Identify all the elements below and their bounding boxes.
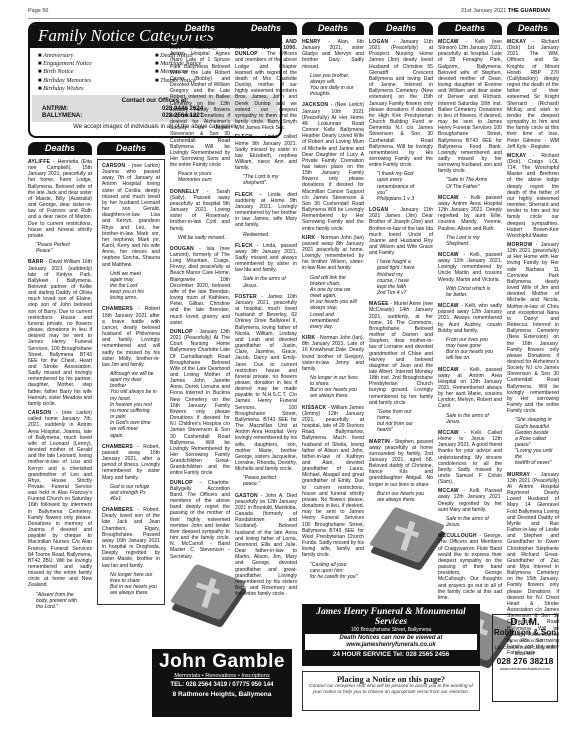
- death-notice: CHAMBERS - Robert 16th January 2021 afte…: [102, 306, 160, 368]
- notice-verse: Although we will be apart my dear brothe…: [102, 371, 160, 439]
- notice-text: - January 13th 2021 (Peacefully) At The …: [170, 329, 230, 477]
- notice-verse: "Absent from the body, present with the …: [28, 592, 92, 610]
- notice-verse: Redeemed.: [235, 232, 297, 238]
- notice-surname: MCKAY: [507, 153, 526, 159]
- notice-surname: FLECK: [235, 192, 253, 198]
- notice-surname: MCCAW: [438, 252, 459, 258]
- notice-text: - James 10th January 2021, peacefully at…: [235, 294, 297, 472]
- notice-text: - Robert. Dearly loved son of the late J…: [102, 507, 160, 568]
- notice-verse: Love you brother, always will. You are d…: [302, 73, 364, 98]
- notice-text: - January 10th 2021 (Peacefully) At Antr…: [170, 39, 230, 168]
- death-notice: MCKAY - Richard (Dick). Craigs LOL 714. …: [507, 153, 559, 239]
- notice-surname: MORROW: [507, 242, 533, 248]
- website-note: Death Notices can now be viewed at www.j…: [305, 634, 477, 650]
- death-notice: DOUGAN - Isla (nee Lamont), formerly of …: [170, 246, 230, 326]
- notice-surname: MCCULLOUGH: [438, 533, 477, 539]
- notice-text: - David William 16th January 2021 (sudde…: [28, 259, 92, 407]
- category-item: Anniversary: [38, 52, 155, 60]
- notice-text: - Kelli (nee Stinson) 12th January 2021,…: [438, 39, 502, 174]
- death-notice: MARTIN - Stephen, passed away peacefully…: [369, 439, 433, 488]
- deaths-heading: Deaths: [235, 22, 297, 35]
- notice-surname: KIRK: [302, 235, 315, 241]
- notice-verse: The Lord is my Shepherd.: [438, 235, 502, 247]
- death-notice: KISSACK - William James (Jimmy) 12th Jan…: [302, 405, 364, 559]
- death-notice: DUNLOP - Charlotte. Ballygelly Accordion…: [170, 480, 230, 560]
- notice-column: DeathsBALLYGELLY LOL AND RAPC NO. 1090. …: [235, 22, 297, 600]
- notice-surname: JACKSON: [302, 102, 328, 108]
- death-notice: KIRK - Norman John (Ian) passed away 8th…: [302, 235, 364, 272]
- notice-verse: Safe in the arms of Jesus.: [438, 516, 502, 528]
- notice-verse: Safe in the arms of Jesus.: [235, 276, 297, 288]
- death-notice: MCCAW - Kelli, passed away at Antrim Are…: [438, 367, 502, 410]
- notice-surname: CARSON: [102, 163, 125, 169]
- notice-verse: "Safe In The Arms Of The Father": [438, 177, 502, 189]
- page-header: Page 56 21st January 2021 THE GUARDIAN: [28, 8, 550, 18]
- notice-text: - (Nee Leitch) January 10th 2021 (Peacef…: [302, 102, 364, 231]
- death-notice: LOGAN - January 11th 2021 (Peacefully) a…: [369, 39, 433, 168]
- notice-verse: With Christ which is far better.: [438, 286, 502, 298]
- death-notice: KIRK - Norman John (Ian). 8th January 20…: [302, 335, 364, 372]
- notice-surname: LOGAN: [369, 39, 388, 45]
- notice-text: - William James (Jimmy) 12th January 202…: [302, 405, 364, 559]
- category-item: Birthday Memories: [38, 77, 155, 85]
- notice-column: DeathsAYLIFFE - Henrietta (Etta nee Camp…: [28, 142, 92, 615]
- death-notice: GASTON - John A. Died peacefully on 12th…: [235, 493, 297, 598]
- notice-verse: "She sleeping in God's beautiful Garden …: [507, 417, 559, 466]
- death-notice: DUNLOP - January 13th 2021 (Peacefully) …: [170, 329, 230, 477]
- notice-surname: FLECK: [235, 134, 253, 140]
- death-notice: JACKSON - (Nee Leitch) January 10th 2021…: [302, 102, 364, 231]
- death-notice: CARSON - (nee Larkin) Joanna who passed …: [102, 163, 160, 268]
- deaths-heading: Deaths: [97, 142, 165, 155]
- notice-text: - Kelli passed away Antrim Area Hospital…: [438, 195, 502, 232]
- death-notice: CHAMBERS - Robert. Dearly loved son of t…: [102, 507, 160, 569]
- notice-verse: "The Lord is my shepherd".: [235, 174, 297, 186]
- notice-text: - Henrietta (Etta nee Campbell), 15th Ja…: [28, 159, 92, 239]
- death-notice: CHAMBERS - Robert, passed away 16th Janu…: [102, 444, 160, 481]
- deaths-heading: Deaths: [369, 22, 433, 35]
- notice-surname: MCCAW: [438, 195, 459, 201]
- boxed-notices: CARSON - (nee Larkin) Joanna who passed …: [97, 159, 165, 605]
- category-item: Birth Notice: [38, 68, 155, 76]
- notice-surname: KIRK: [302, 335, 315, 341]
- notice-text: - Linda died suddenly at Home 9th Januar…: [235, 192, 297, 229]
- notice-surname: BARR: [28, 259, 44, 265]
- death-notice: FLECK - Linda, called Home 9th January 2…: [235, 134, 297, 171]
- notice-surname: DUNLOP: [170, 480, 193, 486]
- djm-robinson-ad: D.J.M. Robinson & Son Funeral Directors …: [492, 614, 558, 702]
- notice-surname: MURRAY: [507, 472, 530, 478]
- death-notice: MCCAW - Kelli, passed away 12th January …: [438, 252, 502, 283]
- notice-text: - Norman John (Ian) passed away 8th Janu…: [302, 235, 364, 272]
- notice-surname: AYLIFFE: [28, 159, 50, 165]
- death-notice: CARSON - (née Larkin) called home Januar…: [28, 410, 92, 589]
- deaths-heading: Deaths: [28, 142, 92, 155]
- notice-surname: CULLY: [170, 39, 188, 45]
- notice-text: - Richard (Dick). Craigs LOL 714. The Wo…: [507, 153, 559, 239]
- notice-surname: HENRY: [302, 39, 321, 45]
- notice-column: DeathsHENRY - Alan, 6th January 2021, si…: [302, 22, 364, 585]
- notice-text: - Linda, called Home 9th January 2021. S…: [235, 134, 297, 171]
- notice-verse: No longer in our lives to share. But in …: [302, 375, 364, 400]
- notice-column: DeathsCARSON - (nee Larkin) Joanna who p…: [97, 142, 165, 609]
- deaths-heading: Deaths: [507, 22, 559, 35]
- publication-name: THE GUARDIAN: [508, 8, 550, 14]
- notice-text: - January 11th 2021 (Peacefully) at Pros…: [369, 39, 433, 168]
- notice-surname: DONNELLY: [170, 189, 199, 195]
- notice-verse: Until we meet again may the the Lord kee…: [102, 271, 160, 302]
- death-notice: AYLIFFE - Henrietta (Etta nee Campbell),…: [28, 159, 92, 239]
- notice-surname: MCCAW: [438, 430, 459, 436]
- notice-text: - (née Larkin) called home January 7th, …: [28, 410, 92, 588]
- header-rule: [28, 18, 550, 19]
- notice-surname: KISSACK: [302, 405, 326, 411]
- notice-text: - The Officers and members of the above …: [235, 51, 297, 131]
- death-notice: MCCULLOUGH - George. The Officers and Me…: [438, 533, 502, 601]
- death-notice: FLECK - Linda died suddenly at Home 9th …: [235, 192, 297, 229]
- notice-verse: God is our refuge and strength Ps 46v1: [102, 484, 160, 502]
- death-notice: HENRY - Alan, 6th January 2021, sister G…: [302, 39, 364, 70]
- notice-text: - Kelli. Called Home to Jesus 12th Janua…: [438, 430, 502, 485]
- placing-notice-box: Placing a Notice on this page? Contact o…: [302, 671, 480, 711]
- death-notice: MCCAW - Kelli. Passed away 12th January …: [438, 488, 502, 513]
- death-notice: FOSTER - James 10th January 2021, peacef…: [235, 294, 297, 473]
- category-item: Birthday Wishes: [38, 85, 155, 93]
- death-notice: DONNELLY - Sarah (Sally). Passed away pe…: [170, 189, 230, 232]
- notice-column: DeathsCULLY - January 10th 2021 (Peacefu…: [170, 22, 230, 632]
- notice-text: - Muriel Anne (nee McCready) 14th Januar…: [369, 301, 433, 406]
- deaths-heading: Deaths: [170, 22, 230, 35]
- notice-surname: FOSTER: [235, 294, 257, 300]
- notice-surname: CHAMBERS: [102, 306, 133, 312]
- notice-text: - January 11th 2021 James (Jim) Dear Bro…: [369, 207, 433, 256]
- notice-surname: MCCAW: [438, 488, 459, 494]
- john-gamble-ad: John Gamble Memorials • Renovations • In…: [152, 649, 292, 717]
- notice-surname: MARTIN: [369, 439, 390, 445]
- notice-column: DeathsLOGAN - January 11th 2021 (Peacefu…: [369, 22, 433, 575]
- death-notice: MCCAW - Kelli (nee Stinson) 12th January…: [438, 39, 502, 174]
- notice-text: - January 12th 2021 (peacefully) at Her …: [507, 242, 559, 414]
- death-notice: BALLYGELLY LOL AND RAPC NO. 1090. DUNLOP…: [235, 39, 297, 131]
- notice-surname: DOUGAN: [170, 246, 194, 252]
- notice-text: - Stephen, passed away peacefully at hom…: [369, 439, 433, 488]
- notice-verse: Will be sadly missed.: [170, 235, 230, 241]
- notice-surname: CHAMBERS: [102, 444, 133, 450]
- notice-verse: "Peace Perfect Peace": [28, 242, 92, 254]
- notice-verse: But in our hearts you are always there.: [369, 491, 433, 503]
- deaths-heading: Deaths: [438, 22, 502, 35]
- notice-text: - Robert, passed away 16th January 2021,…: [102, 444, 160, 481]
- notice-surname: MCKAY: [507, 39, 526, 45]
- issue-date: 21st January 2021 THE GUARDIAN: [461, 8, 550, 14]
- notice-surname: GASTON: [235, 493, 258, 499]
- death-notice: MAGEE - Muriel Anne (nee McCready) 14th …: [369, 301, 433, 406]
- death-notice: FLECK - Linda, passed away 9th January 2…: [235, 243, 297, 274]
- notice-verse: "Gone from our home, but not from our he…: [369, 409, 433, 434]
- notice-text: - Sarah (Sally). Passed away peacefully …: [170, 189, 230, 232]
- death-notice: MCCAW - Kelli passed away Antrim Area Ho…: [438, 195, 502, 232]
- death-notice: MCCAW - Kelli. Called Home to Jesus 12th…: [438, 430, 502, 485]
- notice-surname: LOGAN: [369, 207, 388, 213]
- notice-surname: CARSON: [28, 410, 51, 416]
- notice-column: DeathsMCCAW - Kelli (nee Stinson) 12th J…: [438, 22, 502, 673]
- notice-surname: DUNLOP: [170, 329, 193, 335]
- notice-verse: From our lives you may have gone But in …: [438, 337, 502, 362]
- death-notice: BARR - David William 16th January 2021 (…: [28, 259, 92, 407]
- category-item: Engagement Notice: [38, 60, 155, 68]
- notice-surname: MCCAW: [438, 367, 459, 373]
- notice-verse: Peace is yours Memories ours: [170, 171, 230, 183]
- deaths-heading: Deaths: [302, 22, 364, 35]
- bible-cross-icon: [369, 509, 449, 569]
- notice-surname: MCCAW: [438, 303, 459, 309]
- notice-column: DeathsMCKAY - Richard (Dick) 1st January…: [507, 22, 559, 659]
- james-henry-ad: James Henry Funeral & Monumental Service…: [302, 604, 480, 666]
- notice-verse: "I thank my God upon every remembrance o…: [369, 171, 433, 202]
- notice-text: - Richard (Dick) 1st January 2021. The W…: [507, 39, 559, 150]
- page-number: Page 56: [28, 8, 49, 14]
- notice-surname: CHAMBERS: [102, 507, 133, 513]
- death-notice: CULLY - January 10th 2021 (Peacefully) A…: [170, 39, 230, 168]
- notice-verse: "Casting all your care upon him: for he …: [302, 562, 364, 580]
- death-notice: MORROW - January 12th 2021 (peacefully) …: [507, 242, 559, 414]
- notice-text: - George. The Officers and Members of Cr…: [438, 533, 502, 601]
- notice-text: - Robert 16th January 2021 after a brave…: [102, 306, 160, 367]
- notice-text: - Kelli, passed away at Antrim Area Hosp…: [438, 367, 502, 410]
- death-notice: MCKAY - Richard (Dick) 1st January 2021.…: [507, 39, 559, 150]
- notice-text: - John A. Died peacefully on 12th Januar…: [235, 493, 297, 598]
- notice-verse: "Peace perfect peace.": [235, 475, 297, 487]
- notice-text: - (nee Larkin) Joanna who passed away 7t…: [102, 163, 160, 268]
- notice-verse: Safe in the arms of Jesus.: [438, 413, 502, 425]
- notice-surname: FLECK: [235, 243, 253, 249]
- notice-surname: MAGEE: [369, 301, 389, 307]
- notice-text: - Isla (nee Lamont), formerly of The Lon…: [170, 246, 230, 326]
- notice-verse: I have fought a good fight / have finish…: [369, 259, 433, 296]
- notice-surname: MCCAW: [438, 39, 459, 45]
- death-notice: LOGAN - January 11th 2021 James (Jim) De…: [369, 207, 433, 256]
- notice-verse: God will link the broken chain, As one b…: [302, 275, 364, 330]
- notice-text: - Charlotte. Ballygelly Accordion Band. …: [170, 480, 230, 560]
- notice-text: - Norman John (Ian). 8th January 2021. L…: [302, 335, 364, 372]
- death-notice: MCCAW - Kelli, who sadly passed away 12t…: [438, 303, 502, 334]
- notice-verse: No longer here our lives to share But in…: [102, 572, 160, 597]
